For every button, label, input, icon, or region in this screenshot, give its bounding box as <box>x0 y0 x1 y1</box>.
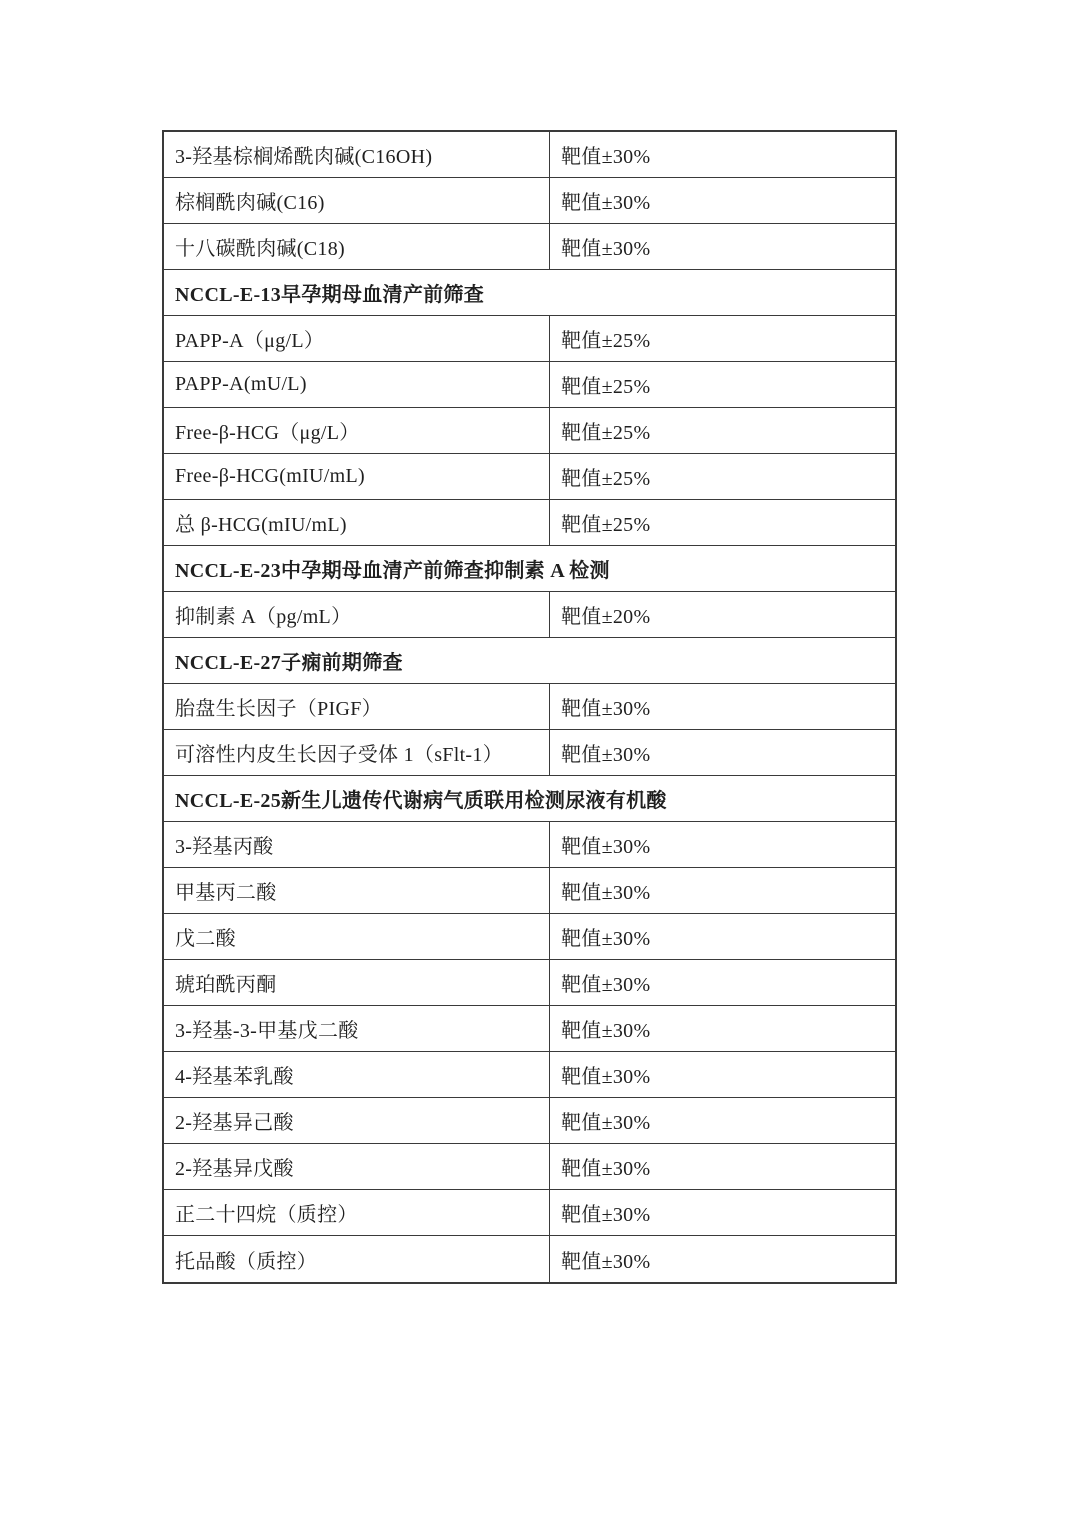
analyte-name-cell: 3-羟基-3-甲基戊二酸 <box>164 1006 550 1051</box>
table-row: 抑制素 A（pg/mL） 靶值±20% <box>164 592 895 638</box>
target-value-cell: 靶值±30% <box>550 960 895 1005</box>
analyte-name-cell: PAPP-A（μg/L） <box>164 316 550 361</box>
target-value-cell: 靶值±30% <box>550 1052 895 1097</box>
analyte-name-cell: 十八碳酰肉碱(C18) <box>164 224 550 269</box>
table-row: 3-羟基-3-甲基戊二酸 靶值±30% <box>164 1006 895 1052</box>
table-row: 4-羟基苯乳酸 靶值±30% <box>164 1052 895 1098</box>
analyte-name-cell: 3-羟基棕榈烯酰肉碱(C16OH) <box>164 132 550 177</box>
analyte-name-cell: 甲基丙二酸 <box>164 868 550 913</box>
target-value: 靶值±30% <box>561 692 650 721</box>
analyte-name: 3-羟基-3-甲基戊二酸 <box>175 1014 359 1043</box>
table-row: 正二十四烷（质控） 靶值±30% <box>164 1190 895 1236</box>
analyte-name: 甲基丙二酸 <box>175 876 277 905</box>
target-value-cell: 靶值±30% <box>550 730 895 775</box>
analyte-name-cell: 正二十四烷（质控） <box>164 1190 550 1235</box>
analyte-name-cell: 4-羟基苯乳酸 <box>164 1052 550 1097</box>
target-value: 靶值±30% <box>561 1198 650 1227</box>
section-title: NCCL-E-23中孕期母血清产前筛查抑制素 A 检测 <box>175 554 610 583</box>
target-value-cell: 靶值±20% <box>550 592 895 637</box>
target-value: 靶值±25% <box>561 324 650 353</box>
target-value: 靶值±30% <box>561 232 650 261</box>
target-value: 靶值±25% <box>561 416 650 445</box>
table-row: 托品酸（质控） 靶值±30% <box>164 1236 895 1282</box>
analyte-name: PAPP-A（μg/L） <box>175 324 324 353</box>
table-row: 可溶性内皮生长因子受体 1（sFlt-1） 靶值±30% <box>164 730 895 776</box>
target-value-cell: 靶值±30% <box>550 822 895 867</box>
analyte-name-cell: 3-羟基丙酸 <box>164 822 550 867</box>
target-value-cell: 靶值±30% <box>550 914 895 959</box>
table-row: 3-羟基丙酸 靶值±30% <box>164 822 895 868</box>
analyte-name: 胎盘生长因子（PIGF） <box>175 692 382 721</box>
analyte-name: 棕榈酰肉碱(C16) <box>175 186 325 215</box>
eqa-target-value-table: 3-羟基棕榈烯酰肉碱(C16OH) 靶值±30% 棕榈酰肉碱(C16) 靶值±3… <box>162 130 897 1284</box>
table-row: PAPP-A(mU/L) 靶值±25% <box>164 362 895 408</box>
section-header-row: NCCL-E-27子痫前期筛查 <box>164 638 895 684</box>
section-header-row: NCCL-E-25新生儿遗传代谢病气质联用检测尿液有机酸 <box>164 776 895 822</box>
target-value-cell: 靶值±30% <box>550 178 895 223</box>
target-value: 靶值±30% <box>561 738 650 767</box>
analyte-name-cell: Free-β-HCG(mIU/mL) <box>164 454 550 499</box>
target-value: 靶值±30% <box>561 1152 650 1181</box>
target-value: 靶值±25% <box>561 370 650 399</box>
table-row: 甲基丙二酸 靶值±30% <box>164 868 895 914</box>
analyte-name-cell: 琥珀酰丙酮 <box>164 960 550 1005</box>
table-row: 戊二酸 靶值±30% <box>164 914 895 960</box>
table-row: 2-羟基异戊酸 靶值±30% <box>164 1144 895 1190</box>
analyte-name: 3-羟基棕榈烯酰肉碱(C16OH) <box>175 140 432 169</box>
table-row: 棕榈酰肉碱(C16) 靶值±30% <box>164 178 895 224</box>
analyte-name: 4-羟基苯乳酸 <box>175 1060 294 1089</box>
table-row: 胎盘生长因子（PIGF） 靶值±30% <box>164 684 895 730</box>
analyte-name-cell: 总 β-HCG(mIU/mL) <box>164 500 550 545</box>
analyte-name-cell: 戊二酸 <box>164 914 550 959</box>
analyte-name: 托品酸（质控） <box>175 1245 317 1274</box>
target-value-cell: 靶值±30% <box>550 1144 895 1189</box>
analyte-name: 可溶性内皮生长因子受体 1（sFlt-1） <box>175 738 503 767</box>
target-value-cell: 靶值±30% <box>550 132 895 177</box>
analyte-name-cell: 可溶性内皮生长因子受体 1（sFlt-1） <box>164 730 550 775</box>
document-page: 3-羟基棕榈烯酰肉碱(C16OH) 靶值±30% 棕榈酰肉碱(C16) 靶值±3… <box>0 0 1080 1527</box>
target-value: 靶值±20% <box>561 600 650 629</box>
analyte-name-cell: 棕榈酰肉碱(C16) <box>164 178 550 223</box>
analyte-name: 琥珀酰丙酮 <box>175 968 277 997</box>
table-row: 琥珀酰丙酮 靶值±30% <box>164 960 895 1006</box>
analyte-name-cell: 托品酸（质控） <box>164 1236 550 1282</box>
table-row: 十八碳酰肉碱(C18) 靶值±30% <box>164 224 895 270</box>
target-value: 靶值±30% <box>561 830 650 859</box>
table-row: 3-羟基棕榈烯酰肉碱(C16OH) 靶值±30% <box>164 132 895 178</box>
analyte-name-cell: Free-β-HCG（μg/L） <box>164 408 550 453</box>
analyte-name: 2-羟基异己酸 <box>175 1106 294 1135</box>
target-value-cell: 靶值±30% <box>550 684 895 729</box>
table-row: PAPP-A（μg/L） 靶值±25% <box>164 316 895 362</box>
target-value: 靶值±30% <box>561 1106 650 1135</box>
section-title: NCCL-E-27子痫前期筛查 <box>175 646 403 675</box>
analyte-name-cell: 胎盘生长因子（PIGF） <box>164 684 550 729</box>
table-row: Free-β-HCG(mIU/mL) 靶值±25% <box>164 454 895 500</box>
analyte-name: 十八碳酰肉碱(C18) <box>175 232 345 261</box>
target-value: 靶值±25% <box>561 462 650 491</box>
target-value-cell: 靶值±25% <box>550 500 895 545</box>
analyte-name: Free-β-HCG（μg/L） <box>175 416 360 445</box>
section-header-row: NCCL-E-13早孕期母血清产前筛查 <box>164 270 895 316</box>
target-value-cell: 靶值±30% <box>550 224 895 269</box>
target-value: 靶值±30% <box>561 922 650 951</box>
target-value: 靶值±30% <box>561 186 650 215</box>
target-value: 靶值±30% <box>561 1060 650 1089</box>
analyte-name: 抑制素 A（pg/mL） <box>175 600 351 629</box>
analyte-name: 2-羟基异戊酸 <box>175 1152 294 1181</box>
target-value-cell: 靶值±30% <box>550 868 895 913</box>
target-value: 靶值±30% <box>561 1245 650 1274</box>
target-value-cell: 靶值±25% <box>550 316 895 361</box>
target-value: 靶值±30% <box>561 140 650 169</box>
table-row: 2-羟基异己酸 靶值±30% <box>164 1098 895 1144</box>
target-value-cell: 靶值±25% <box>550 362 895 407</box>
target-value-cell: 靶值±30% <box>550 1190 895 1235</box>
target-value-cell: 靶值±25% <box>550 408 895 453</box>
analyte-name-cell: 2-羟基异己酸 <box>164 1098 550 1143</box>
target-value-cell: 靶值±30% <box>550 1098 895 1143</box>
target-value: 靶值±30% <box>561 1014 650 1043</box>
analyte-name: 总 β-HCG(mIU/mL) <box>175 508 347 537</box>
section-header-row: NCCL-E-23中孕期母血清产前筛查抑制素 A 检测 <box>164 546 895 592</box>
target-value-cell: 靶值±30% <box>550 1236 895 1282</box>
target-value: 靶值±25% <box>561 508 650 537</box>
target-value-cell: 靶值±25% <box>550 454 895 499</box>
analyte-name: 3-羟基丙酸 <box>175 830 273 859</box>
analyte-name: 戊二酸 <box>175 922 236 951</box>
target-value: 靶值±30% <box>561 968 650 997</box>
analyte-name-cell: 2-羟基异戊酸 <box>164 1144 550 1189</box>
analyte-name-cell: 抑制素 A（pg/mL） <box>164 592 550 637</box>
target-value-cell: 靶值±30% <box>550 1006 895 1051</box>
section-title: NCCL-E-13早孕期母血清产前筛查 <box>175 278 484 307</box>
target-value: 靶值±30% <box>561 876 650 905</box>
table-row: Free-β-HCG（μg/L） 靶值±25% <box>164 408 895 454</box>
analyte-name: 正二十四烷（质控） <box>175 1198 358 1227</box>
analyte-name: PAPP-A(mU/L) <box>175 373 307 396</box>
table-row: 总 β-HCG(mIU/mL) 靶值±25% <box>164 500 895 546</box>
analyte-name: Free-β-HCG(mIU/mL) <box>175 465 365 488</box>
analyte-name-cell: PAPP-A(mU/L) <box>164 362 550 407</box>
section-title: NCCL-E-25新生儿遗传代谢病气质联用检测尿液有机酸 <box>175 784 667 813</box>
